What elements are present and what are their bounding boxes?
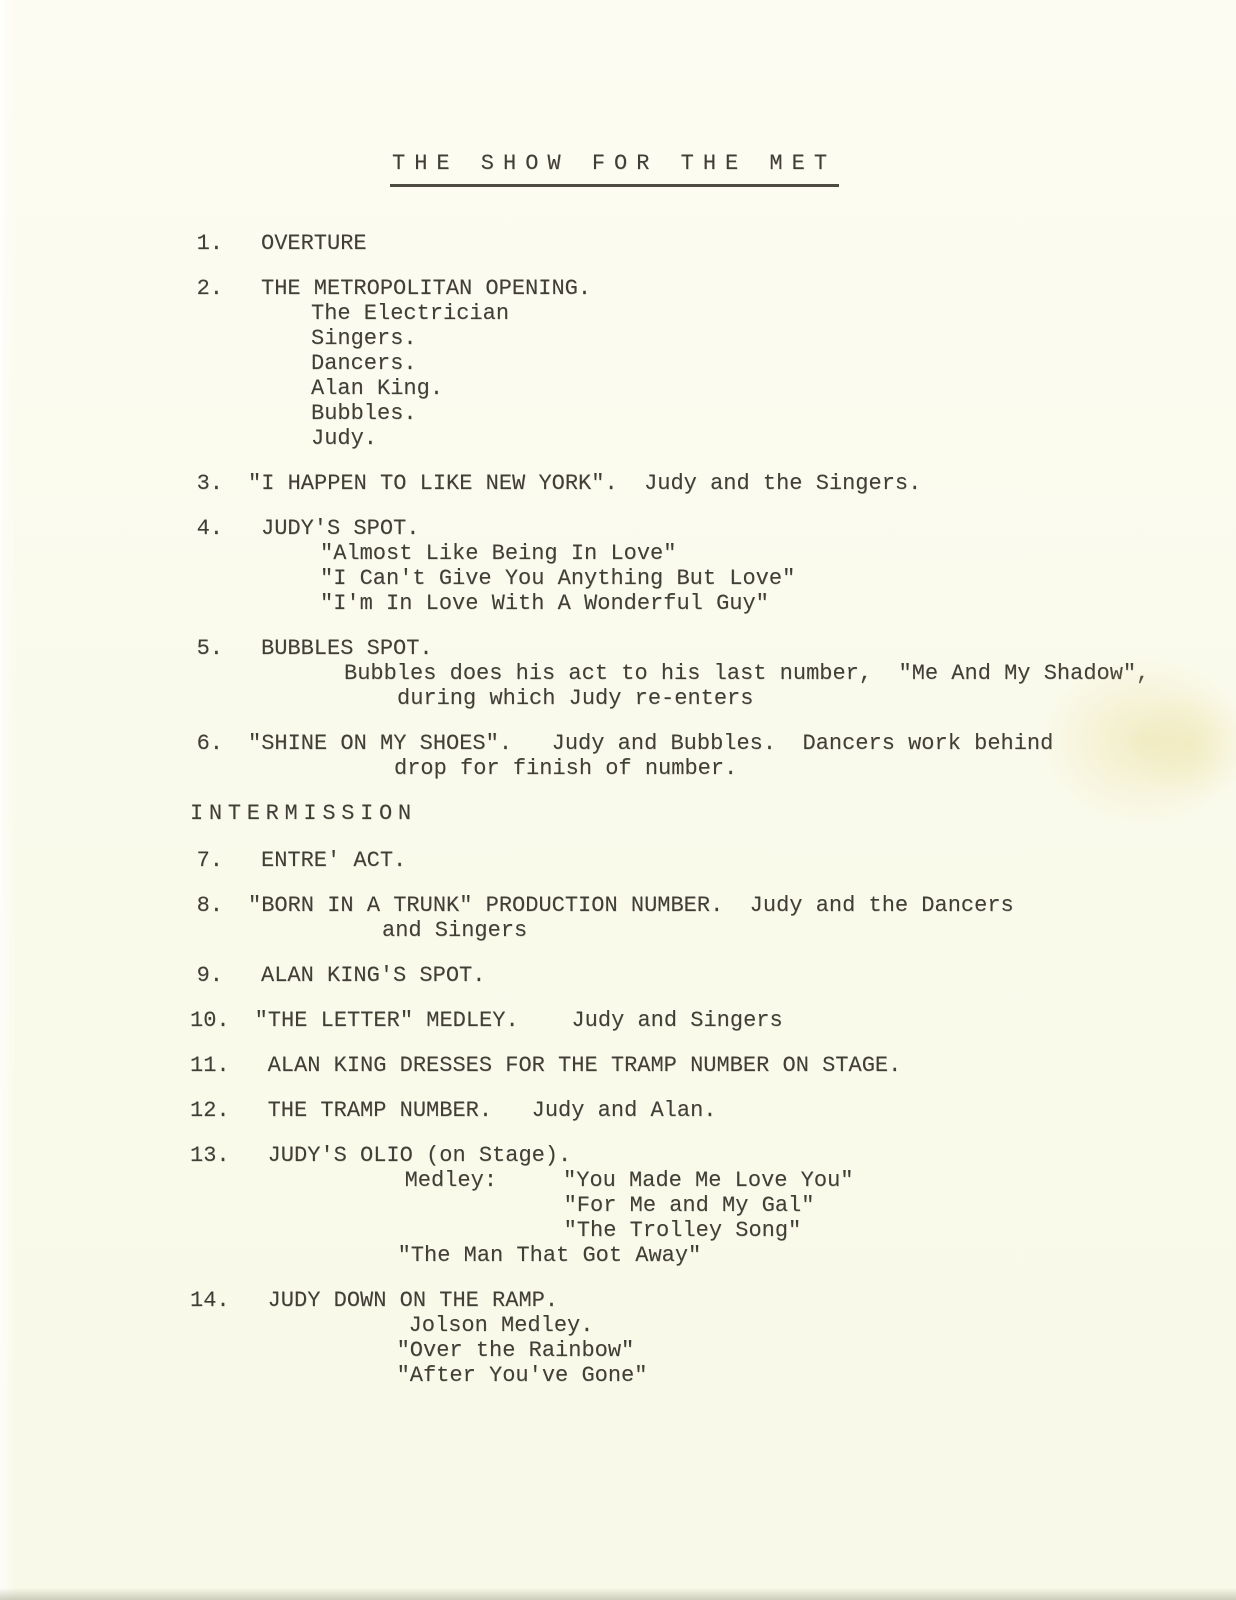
item-number: 7. bbox=[190, 848, 223, 873]
item-sub-line: drop for finish of number. bbox=[394, 756, 1236, 781]
program-item: 13.JUDY'S OLIO (on Stage).Medley: "You M… bbox=[190, 1143, 1236, 1268]
item-sub-line: "The Trolley Song" bbox=[577, 1218, 1236, 1243]
item-content: BUBBLES SPOT.Bubbles does his act to his… bbox=[261, 636, 1236, 711]
item-content: "SHINE ON MY SHOES". Judy and Bubbles. D… bbox=[261, 731, 1236, 781]
program-list: 1.OVERTURE2.THE METROPOLITAN OPENING.The… bbox=[190, 231, 1236, 1388]
item-sub-line: Dancers. bbox=[311, 351, 1236, 376]
document-page: THE SHOW FOR THE MET 1.OVERTURE2.THE MET… bbox=[0, 0, 1236, 1600]
item-sub-line: "Almost Like Being In Love" bbox=[333, 541, 1236, 566]
program-item: 6."SHINE ON MY SHOES". Judy and Bubbles.… bbox=[190, 731, 1236, 781]
program-item: 12.THE TRAMP NUMBER. Judy and Alan. bbox=[190, 1098, 1236, 1123]
item-title-line: THE TRAMP NUMBER. Judy and Alan. bbox=[268, 1098, 1236, 1123]
item-title-line: JUDY DOWN ON THE RAMP. bbox=[268, 1288, 1236, 1313]
item-sub-line: "I Can't Give You Anything But Love" bbox=[333, 566, 1236, 591]
paper-bottom-edge bbox=[0, 1588, 1236, 1600]
item-title-line: OVERTURE bbox=[261, 231, 1236, 256]
item-title-line: BUBBLES SPOT. bbox=[261, 636, 1236, 661]
item-number: 12. bbox=[190, 1098, 230, 1123]
intermission-heading: INTERMISSION bbox=[190, 801, 1236, 826]
item-sub-line: Bubbles does his act to his last number,… bbox=[344, 661, 1236, 686]
item-number: 1. bbox=[190, 231, 223, 256]
program-item: 8."BORN IN A TRUNK" PRODUCTION NUMBER. J… bbox=[190, 893, 1236, 943]
item-sub-line: Alan King. bbox=[311, 376, 1236, 401]
item-title-line: THE METROPOLITAN OPENING. bbox=[261, 276, 1236, 301]
item-number: 2. bbox=[190, 276, 223, 451]
item-number: 11. bbox=[190, 1053, 230, 1078]
item-content: "THE LETTER" MEDLEY. Judy and Singers bbox=[268, 1008, 1236, 1033]
item-title-line: JUDY'S SPOT. bbox=[261, 516, 1236, 541]
program-item: 11.ALAN KING DRESSES FOR THE TRAMP NUMBE… bbox=[190, 1053, 1236, 1078]
program-item: 2.THE METROPOLITAN OPENING.The Electrici… bbox=[190, 276, 1236, 451]
item-sub-line: and Singers bbox=[382, 918, 1236, 943]
item-content: JUDY DOWN ON THE RAMP.Jolson Medley."Ove… bbox=[268, 1288, 1236, 1388]
item-title-line: ENTRE' ACT. bbox=[261, 848, 1236, 873]
paper-left-edge bbox=[0, 0, 16, 1600]
item-sub-line: Bubbles. bbox=[311, 401, 1236, 426]
item-content: JUDY'S SPOT."Almost Like Being In Love""… bbox=[261, 516, 1236, 616]
item-sub-line: Jolson Medley. bbox=[409, 1313, 1236, 1338]
item-sub-line: "Over the Rainbow" bbox=[410, 1338, 1236, 1363]
program-item: 14.JUDY DOWN ON THE RAMP.Jolson Medley."… bbox=[190, 1288, 1236, 1388]
item-sub-line: Medley: "You Made Me Love You" bbox=[405, 1168, 1236, 1193]
item-content: THE METROPOLITAN OPENING.The Electrician… bbox=[261, 276, 1236, 451]
item-number: 3. bbox=[190, 471, 223, 496]
item-sub-line: Judy. bbox=[311, 426, 1236, 451]
program-item: 3."I HAPPEN TO LIKE NEW YORK". Judy and … bbox=[190, 471, 1236, 496]
item-content: OVERTURE bbox=[261, 231, 1236, 256]
item-title-line: "I HAPPEN TO LIKE NEW YORK". Judy and th… bbox=[261, 471, 1236, 496]
item-number: 14. bbox=[190, 1288, 230, 1388]
item-number: 10. bbox=[190, 1008, 230, 1033]
item-title-line: JUDY'S OLIO (on Stage). bbox=[268, 1143, 1236, 1168]
program-item: 4.JUDY'S SPOT."Almost Like Being In Love… bbox=[190, 516, 1236, 616]
program-item: 9.ALAN KING'S SPOT. bbox=[190, 963, 1236, 988]
program-item: 10."THE LETTER" MEDLEY. Judy and Singers bbox=[190, 1008, 1236, 1033]
item-number: 4. bbox=[190, 516, 223, 616]
item-sub-line: "For Me and My Gal" bbox=[577, 1193, 1236, 1218]
item-content: ALAN KING DRESSES FOR THE TRAMP NUMBER O… bbox=[268, 1053, 1236, 1078]
item-number: 5. bbox=[190, 636, 223, 711]
program-item: 1.OVERTURE bbox=[190, 231, 1236, 256]
item-number: 8. bbox=[190, 893, 223, 943]
item-content: THE TRAMP NUMBER. Judy and Alan. bbox=[268, 1098, 1236, 1123]
item-content: JUDY'S OLIO (on Stage).Medley: "You Made… bbox=[268, 1143, 1236, 1268]
item-sub-line: "The Man That Got Away" bbox=[411, 1243, 1236, 1268]
item-content: ALAN KING'S SPOT. bbox=[261, 963, 1236, 988]
program-item: 7.ENTRE' ACT. bbox=[190, 848, 1236, 873]
show-title: THE SHOW FOR THE MET bbox=[390, 150, 839, 187]
item-number: 6. bbox=[190, 731, 223, 781]
item-title-line: ALAN KING'S SPOT. bbox=[261, 963, 1236, 988]
item-title-line: "THE LETTER" MEDLEY. Judy and Singers bbox=[268, 1008, 1236, 1033]
item-sub-line: "After You've Gone" bbox=[410, 1363, 1236, 1388]
item-sub-line: "I'm In Love With A Wonderful Guy" bbox=[333, 591, 1236, 616]
item-sub-line: The Electrician bbox=[311, 301, 1236, 326]
item-title-line: "SHINE ON MY SHOES". Judy and Bubbles. D… bbox=[261, 731, 1236, 756]
item-title-line: "BORN IN A TRUNK" PRODUCTION NUMBER. Jud… bbox=[261, 893, 1236, 918]
item-content: "I HAPPEN TO LIKE NEW YORK". Judy and th… bbox=[261, 471, 1236, 496]
item-content: ENTRE' ACT. bbox=[261, 848, 1236, 873]
item-number: 13. bbox=[190, 1143, 230, 1268]
item-sub-line: during which Judy re-enters bbox=[397, 686, 1236, 711]
item-content: "BORN IN A TRUNK" PRODUCTION NUMBER. Jud… bbox=[261, 893, 1236, 943]
item-title-line: ALAN KING DRESSES FOR THE TRAMP NUMBER O… bbox=[268, 1053, 1236, 1078]
item-number: 9. bbox=[190, 963, 223, 988]
item-sub-line: Singers. bbox=[311, 326, 1236, 351]
program-item: 5.BUBBLES SPOT.Bubbles does his act to h… bbox=[190, 636, 1236, 711]
